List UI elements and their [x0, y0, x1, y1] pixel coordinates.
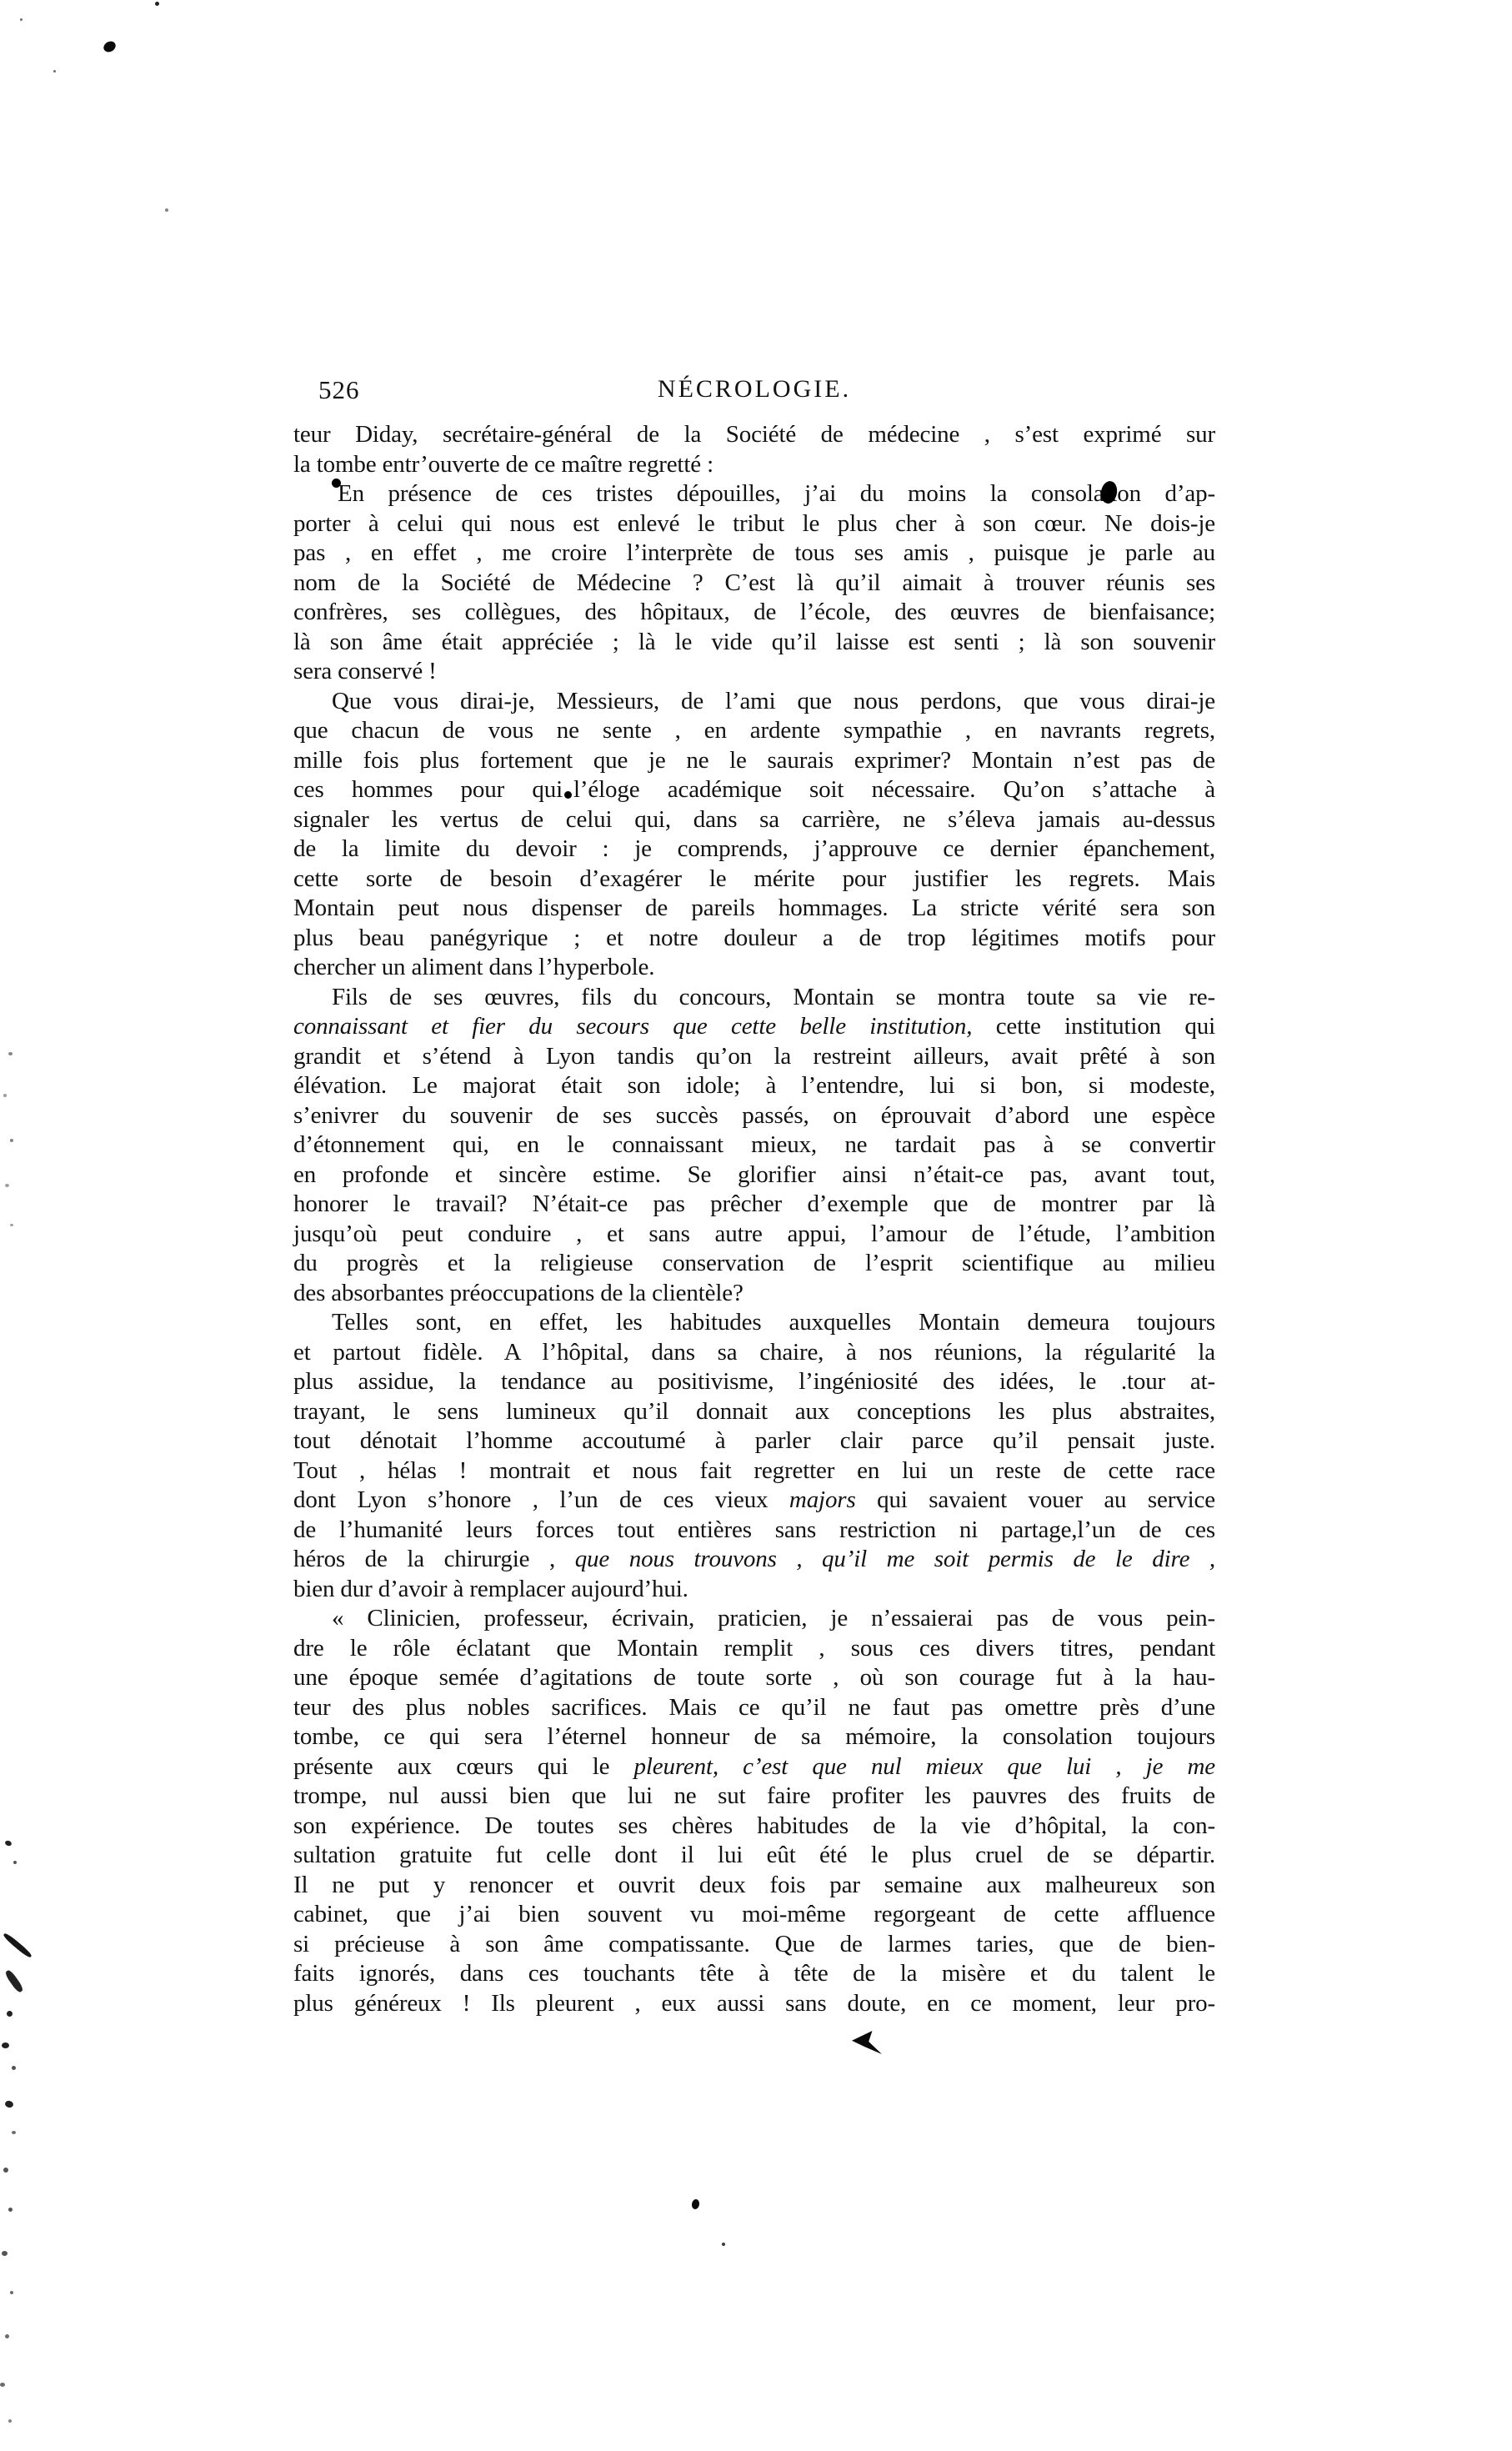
- text-line: dont Lyon s’honore , l’un de ces vieux m…: [293, 1486, 1215, 1516]
- ink-speck: [8, 2208, 13, 2212]
- text-line: héros de la chirurgie , que nous trouvon…: [293, 1545, 1215, 1575]
- text-run: connaissant et fier du secours que cette…: [293, 1013, 972, 1040]
- text-run: mille fois plus fortement que je ne le s…: [293, 747, 1215, 774]
- ink-speck: [20, 18, 23, 21]
- text-run: on d’ap-: [1117, 480, 1215, 507]
- ink-speck: [10, 2291, 13, 2294]
- text-run: élévation. Le majorat était son idole; à…: [293, 1072, 1215, 1099]
- text-line: nom de la Société de Médecine ? C’est là…: [293, 569, 1215, 599]
- text-line: « Clinicien, professeur, écrivain, prati…: [293, 1604, 1215, 1634]
- text-run: là son âme était appréciée ; là le vide …: [293, 629, 1215, 655]
- text-run: cette sorte de besoin d’exagérer le méri…: [293, 865, 1215, 892]
- ink-speck: [12, 2066, 16, 2070]
- text-line: jusqu’où peut conduire , et sans autre a…: [293, 1220, 1215, 1250]
- text-run: en profonde et sincère estime. Se glorif…: [293, 1161, 1215, 1188]
- text-line: son expérience. De toutes ses chères hab…: [293, 1812, 1215, 1842]
- running-title: NÉCROLOGIE.: [293, 375, 1215, 403]
- text-run: Il ne put y renoncer et ouvrit deux fois…: [293, 1872, 1215, 1898]
- text-line: signaler les vertus de celui qui, dans s…: [293, 805, 1215, 835]
- ink-speck: [852, 2031, 882, 2054]
- text-run: grandit et s’étend à Lyon tandis qu’on l…: [293, 1043, 1215, 1070]
- text-run: l’éloge académique soit nécessaire. Qu’o…: [573, 776, 1215, 803]
- text-line: honorer le travail? N’était-ce pas prêch…: [293, 1190, 1215, 1220]
- text-run: signaler les vertus de celui qui, dans s…: [293, 806, 1215, 833]
- text-line: trompe, nul aussi bien que lui ne sut fa…: [293, 1782, 1215, 1812]
- text-line: et partout fidèle. A l’hôpital, dans sa …: [293, 1338, 1215, 1368]
- paragraph: Que vous dirai-je, Messieurs, de l’ami q…: [293, 687, 1215, 983]
- text-run: dont Lyon s’honore , l’un de ces vieux: [293, 1486, 789, 1513]
- text-line: Il ne put y renoncer et ouvrit deux fois…: [293, 1871, 1215, 1901]
- text-run: plus beau panégyrique ; et notre douleur…: [293, 925, 1215, 951]
- paragraph: « Clinicien, professeur, écrivain, prati…: [293, 1604, 1215, 2018]
- ink-speck: [102, 39, 118, 54]
- text-line: ces hommes pour quil’éloge académique so…: [293, 775, 1215, 805]
- text-line: cette sorte de besoin d’exagérer le méri…: [293, 865, 1215, 895]
- text-run: son expérience. De toutes ses chères hab…: [293, 1812, 1215, 1839]
- text-run: du progrès et la religieuse conservation…: [293, 1250, 1215, 1276]
- text-run: faits ignorés, dans ces touchants tête à…: [293, 1960, 1215, 1987]
- text-line: tout dénotait l’homme accoutumé à parler…: [293, 1426, 1215, 1456]
- ink-speck: [8, 2419, 12, 2423]
- paragraph: Fils de ses œuvres, fils du concours, Mo…: [293, 983, 1215, 1309]
- text-line: sultation gratuite fut celle dont il lui…: [293, 1841, 1215, 1871]
- text-run: chercher un aliment dans l’hyperbole.: [293, 954, 654, 980]
- text-run: si précieuse à son âme compatissante. Qu…: [293, 1931, 1215, 1957]
- text-run: héros de la chirurgie ,: [293, 1546, 575, 1572]
- text-line: teur des plus nobles sacrifices. Mais ce…: [293, 1693, 1215, 1723]
- paragraph: Telles sont, en effet, les habitudes aux…: [293, 1308, 1215, 1604]
- text-run: Telles sont, en effet, les habitudes aux…: [332, 1309, 1215, 1336]
- text-line: En présence de ces tristes dépouilles, j…: [293, 479, 1215, 509]
- text-line: grandit et s’étend à Lyon tandis qu’on l…: [293, 1042, 1215, 1072]
- text-line: sera conservé !: [293, 657, 1215, 687]
- text-line: de l’humanité leurs forces tout entières…: [293, 1516, 1215, 1546]
- text-line: plus généreux ! Ils pleurent , eux aussi…: [293, 1989, 1215, 2019]
- text-run: que chacun de vous ne sente , en ardente…: [293, 717, 1215, 744]
- text-run: s’enivrer du souvenir de ses succès pass…: [293, 1102, 1215, 1129]
- text-line: plus beau panégyrique ; et notre douleur…: [293, 924, 1215, 954]
- text-run: teur des plus nobles sacrifices. Mais ce…: [293, 1694, 1215, 1721]
- text-run: trayant, le sens lumineux qu’il donnait …: [293, 1398, 1215, 1425]
- ink-speck: [0, 2383, 5, 2387]
- text-run: de l’humanité leurs forces tout entières…: [293, 1516, 1215, 1543]
- ink-speck: [3, 2168, 8, 2173]
- ink-speck: [12, 2131, 16, 2134]
- ink-speck: [2, 2042, 9, 2048]
- text-run: Tout , hélas ! montrait et nous fait reg…: [293, 1457, 1215, 1484]
- text-run: dre le rôle éclatant que Montain remplit…: [293, 1635, 1215, 1662]
- ink-speck: [5, 1184, 9, 1187]
- paragraph: teur Diday, secrétaire-général de la Soc…: [293, 420, 1215, 479]
- text-block: teur Diday, secrétaire-général de la Soc…: [293, 420, 1215, 2018]
- ink-speck: [4, 1969, 25, 1994]
- ink-speck: [691, 2198, 700, 2209]
- text-line: élévation. Le majorat était son idole; à…: [293, 1071, 1215, 1101]
- text-line: la tombe entr’ouverte de ce maître regre…: [293, 450, 1215, 480]
- text-run: Fils de ses œuvres, fils du concours, Mo…: [332, 984, 1215, 1010]
- text-line: Que vous dirai-je, Messieurs, de l’ami q…: [293, 687, 1215, 717]
- text-line: d’étonnement qui, en le connaissant mieu…: [293, 1130, 1215, 1160]
- text-line: une époque semée d’agitations de toute s…: [293, 1663, 1215, 1693]
- text-run: Montain peut nous dispenser de pareils h…: [293, 895, 1215, 921]
- text-line: là son âme était appréciée ; là le vide …: [293, 628, 1215, 658]
- text-line: faits ignorés, dans ces touchants tête à…: [293, 1959, 1215, 1989]
- text-run: et partout fidèle. A l’hôpital, dans sa …: [293, 1339, 1215, 1366]
- text-run: pleurent, c’est que nul mieux que lui , …: [634, 1753, 1215, 1780]
- text-run: jusqu’où peut conduire , et sans autre a…: [293, 1220, 1215, 1247]
- text-run: plus assidue, la tendance au positivisme…: [293, 1368, 1215, 1395]
- text-run: « Clinicien, professeur, écrivain, prati…: [332, 1605, 1215, 1631]
- text-run: sera conservé !: [293, 658, 437, 684]
- text-run: nom de la Société de Médecine ? C’est là…: [293, 569, 1215, 596]
- text-line: en profonde et sincère estime. Se glorif…: [293, 1160, 1215, 1190]
- text-line: Telles sont, en effet, les habitudes aux…: [293, 1308, 1215, 1338]
- text-line: Montain peut nous dispenser de pareils h…: [293, 894, 1215, 924]
- text-run: des absorbantes préoccupations de la cli…: [293, 1280, 743, 1306]
- text-run: la tombe entr’ouverte de ce maître regre…: [293, 451, 713, 478]
- text-run: cabinet, que j’ai bien souvent vu moi-mê…: [293, 1901, 1215, 1927]
- text-run: Que vous dirai-je, Messieurs, de l’ami q…: [332, 688, 1215, 714]
- text-run: majors: [789, 1486, 856, 1513]
- text-run: qui savaient vouer au service: [856, 1486, 1215, 1513]
- ink-speck: [165, 208, 168, 212]
- text-run: ti: [1104, 480, 1117, 507]
- text-line: bien dur d’avoir à remplacer aujourd’hui…: [293, 1575, 1215, 1605]
- text-line: plus assidue, la tendance au positivisme…: [293, 1367, 1215, 1397]
- text-line: confrères, ses collègues, des hôpitaux, …: [293, 598, 1215, 628]
- ink-speck: [155, 2, 159, 6]
- text-line: de la limite du devoir : je comprends, j…: [293, 835, 1215, 865]
- text-run: pas , en effet , me croire l’interprète …: [293, 539, 1215, 566]
- text-line: Fils de ses œuvres, fils du concours, Mo…: [293, 983, 1215, 1013]
- text-line: du progrès et la religieuse conservation…: [293, 1249, 1215, 1279]
- ink-speck: [13, 1861, 17, 1864]
- ink-speck: [3, 1932, 33, 1958]
- ink-speck: [3, 1094, 7, 1097]
- text-run: En présence de ces tristes dépouilles, j…: [338, 480, 1104, 507]
- text-run: de la limite du devoir : je comprends, j…: [293, 835, 1215, 862]
- text-run: tombe, ce qui sera l’éternel honneur de …: [293, 1723, 1215, 1750]
- text-run: plus généreux ! Ils pleurent , eux aussi…: [293, 1990, 1215, 2017]
- scanned-book-page: 526 NÉCROLOGIE. teur Diday, secrétaire-g…: [0, 0, 1512, 2451]
- text-line: trayant, le sens lumineux qu’il donnait …: [293, 1397, 1215, 1427]
- text-line: teur Diday, secrétaire-général de la Soc…: [293, 420, 1215, 450]
- text-run: confrères, ses collègues, des hôpitaux, …: [293, 599, 1215, 625]
- text-run: porter à celui qui nous est enlevé le tr…: [293, 510, 1215, 537]
- ink-speck: [10, 1224, 13, 1226]
- text-line: pas , en effet , me croire l’interprète …: [293, 539, 1215, 569]
- ink-speck: [722, 2243, 725, 2246]
- text-line: mille fois plus fortement que je ne le s…: [293, 746, 1215, 776]
- paragraph: En présence de ces tristes dépouilles, j…: [293, 479, 1215, 687]
- text-line: présente aux cœurs qui le pleurent, c’es…: [293, 1752, 1215, 1782]
- text-run: teur Diday, secrétaire-général de la Soc…: [293, 421, 1215, 448]
- ink-speck: [53, 70, 56, 73]
- text-run: une époque semée d’agitations de toute s…: [293, 1664, 1215, 1691]
- text-line: Tout , hélas ! montrait et nous fait reg…: [293, 1456, 1215, 1486]
- text-run: bien dur d’avoir à remplacer aujourd’hui…: [293, 1576, 688, 1602]
- ink-speck: [8, 1052, 13, 1055]
- text-line: que chacun de vous ne sente , en ardente…: [293, 716, 1215, 746]
- text-run: présente aux cœurs qui le: [293, 1753, 634, 1780]
- text-run: d’étonnement qui, en le connaissant mieu…: [293, 1131, 1215, 1158]
- text-run: sultation gratuite fut celle dont il lui…: [293, 1842, 1215, 1868]
- text-line: si précieuse à son âme compatissante. Qu…: [293, 1930, 1215, 1960]
- text-line: tombe, ce qui sera l’éternel honneur de …: [293, 1722, 1215, 1752]
- text-run: que nous trouvons , qu’il me soit permis…: [575, 1546, 1215, 1572]
- ink-blot: [564, 791, 572, 799]
- text-line: connaissant et fier du secours que cette…: [293, 1012, 1215, 1042]
- text-run: tout dénotait l’homme accoutumé à parler…: [293, 1427, 1215, 1454]
- text-line: cabinet, que j’ai bien souvent vu moi-mê…: [293, 1900, 1215, 1930]
- page-header: 526 NÉCROLOGIE.: [293, 375, 1215, 408]
- ink-speck: [10, 1139, 13, 1142]
- text-run: honorer le travail? N’était-ce pas prêch…: [293, 1190, 1215, 1217]
- ink-speck: [4, 2100, 14, 2108]
- text-line: porter à celui qui nous est enlevé le tr…: [293, 509, 1215, 539]
- ink-blot: [332, 479, 341, 488]
- text-run: trompe, nul aussi bien que lui ne sut fa…: [293, 1782, 1215, 1809]
- text-run: cette institution qui: [972, 1013, 1215, 1040]
- ink-speck: [2, 2251, 8, 2256]
- text-run: ces hommes pour qui: [293, 776, 563, 803]
- text-line: s’enivrer du souvenir de ses succès pass…: [293, 1101, 1215, 1131]
- text-line: chercher un aliment dans l’hyperbole.: [293, 953, 1215, 983]
- ink-speck: [7, 2011, 13, 2017]
- ink-speck: [4, 1840, 13, 1847]
- ink-speck: [5, 2334, 9, 2338]
- text-line: des absorbantes préoccupations de la cli…: [293, 1279, 1215, 1309]
- text-line: dre le rôle éclatant que Montain remplit…: [293, 1634, 1215, 1664]
